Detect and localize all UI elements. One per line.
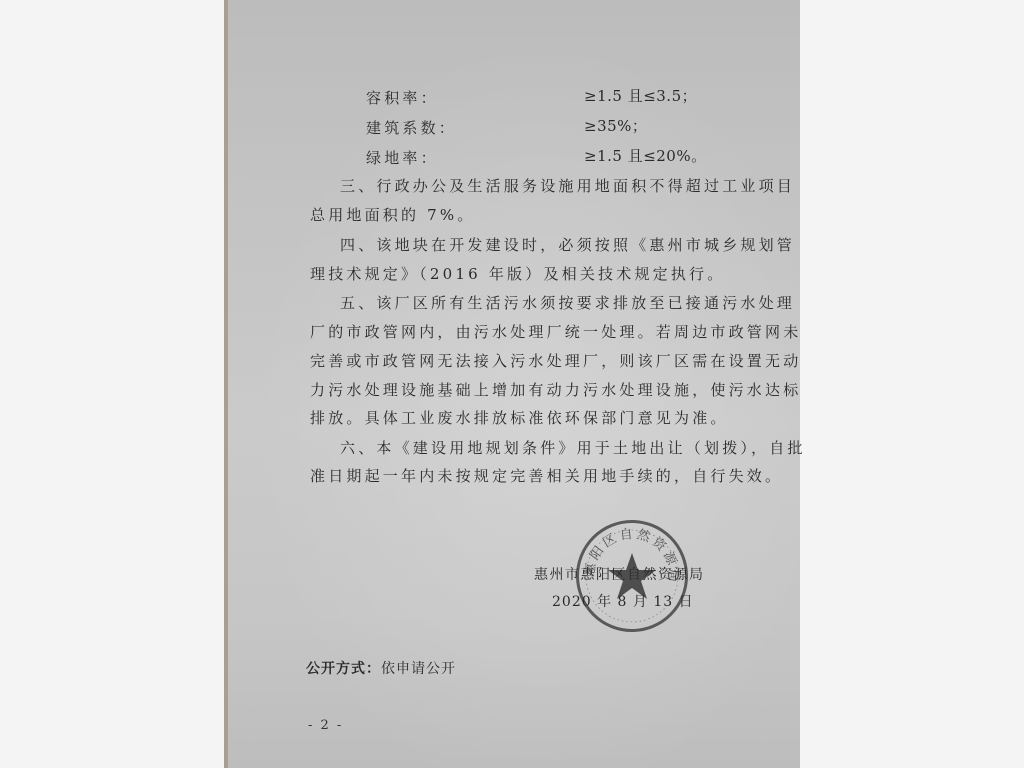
disclosure-method: 公开方式：依申请公开 (306, 659, 456, 679)
metric-value-building-coverage: ≥35%； (584, 116, 647, 136)
clause-6-line-2: 准日期起一年内未按规定完善相关用地手续的，自行失效。 (310, 466, 783, 486)
disclosure-label: 公开方式： (306, 661, 381, 677)
metric-value-far: ≥1.5 且≤3.5； (584, 86, 697, 106)
clause-5-line-5: 排放。具体工业废水排放标准依环保部门意见为准。 (310, 408, 729, 428)
metric-label-building-coverage: 建筑系数： (366, 118, 457, 138)
clause-5-line-3: 完善或市政管网无法接入污水处理厂，则该厂区需在设置无动 (310, 351, 801, 371)
issue-date: 2020 年 8 月 13 日 (552, 592, 694, 612)
clause-5-line-4: 力污水处理设施基础上增加有动力污水处理设施，使污水达标 (310, 380, 801, 400)
page-number: - 2 - (308, 716, 343, 736)
clause-3-line-1: 三、行政办公及生活服务设施用地面积不得超过工业项目 (340, 176, 795, 196)
metric-label-green-ratio: 绿地率： (366, 148, 439, 168)
clause-4-line-1: 四、该地块在开发建设时，必须按照《惠州市城乡规划管 (340, 235, 795, 255)
clause-6-line-1: 六、本《建设用地规划条件》用于土地出让（划拨），自批 (340, 438, 806, 458)
clause-5-line-2: 厂的市政管网内，由污水处理厂统一处理。若周边市政管网未 (310, 322, 801, 342)
clause-3-line-2: 总用地面积的 7%。 (310, 205, 476, 225)
metric-label-far: 容积率： (366, 88, 439, 108)
clause-5-line-1: 五、该厂区所有生活污水须按要求排放至已接通污水处理 (340, 293, 795, 313)
issuer-name: 惠州市惠阳区自然资源局 (534, 565, 705, 585)
metric-value-green-ratio: ≥1.5 且≤20%。 (584, 146, 707, 166)
disclosure-value: 依申请公开 (381, 661, 456, 677)
clause-4-line-2: 理技术规定》（2016 年版）及相关技术规定执行。 (310, 264, 725, 284)
